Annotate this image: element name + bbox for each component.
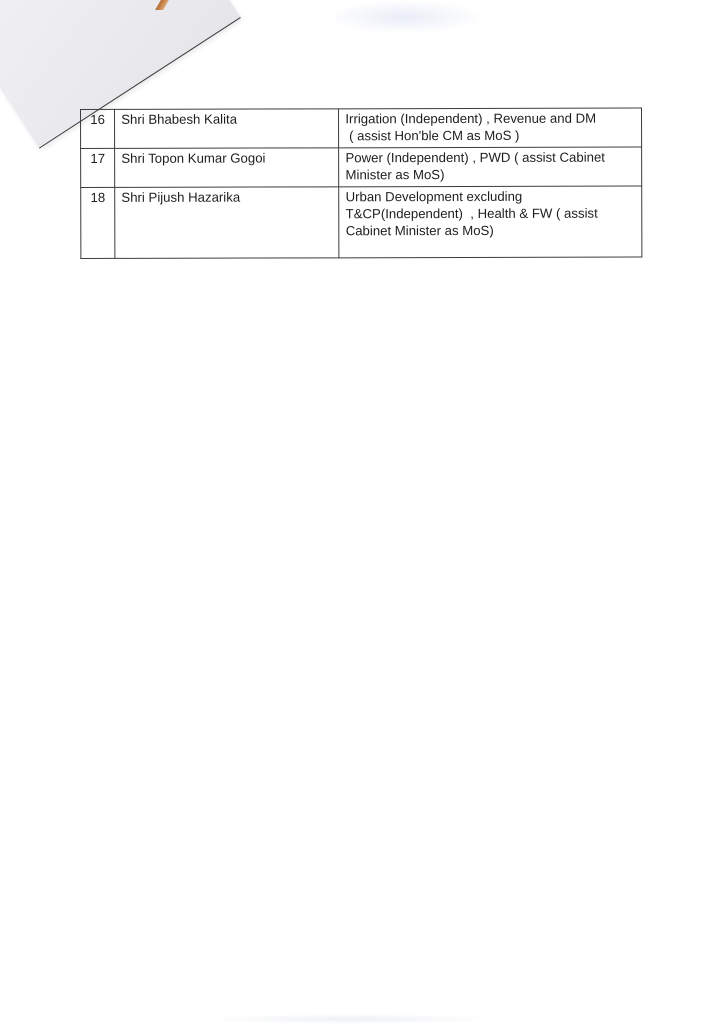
portfolio-table: 16 Shri Bhabesh Kalita Irrigation (Indep… bbox=[80, 108, 642, 259]
serial-number-cell: 18 bbox=[81, 187, 115, 258]
portfolio-cell: Power (Independent) , PWD ( assist Cabin… bbox=[339, 147, 642, 187]
minister-name-cell: Shri Bhabesh Kalita bbox=[115, 109, 339, 149]
table-row: 18 Shri Pijush Hazarika Urban Developmen… bbox=[81, 186, 642, 258]
portfolio-line: Cabinet Minister as MoS) bbox=[346, 222, 636, 240]
minister-name-cell: Shri Topon Kumar Gogoi bbox=[115, 148, 339, 188]
portfolio-line: Power (Independent) , PWD ( assist Cabin… bbox=[345, 149, 635, 167]
portfolio-line: ( assist Hon'ble CM as MoS ) bbox=[345, 127, 635, 145]
scan-smudge-top bbox=[325, 0, 485, 34]
serial-number-cell: 16 bbox=[81, 109, 115, 148]
minister-name-cell: Shri Pijush Hazarika bbox=[115, 187, 339, 259]
portfolio-line: Minister as MoS) bbox=[346, 166, 636, 184]
portfolio-line: Irrigation (Independent) , Revenue and D… bbox=[345, 110, 635, 128]
portfolio-line: T&CP(Independent) , Health & FW ( assist bbox=[346, 205, 636, 223]
table-row: 16 Shri Bhabesh Kalita Irrigation (Indep… bbox=[81, 108, 642, 148]
scan-smudge-bottom bbox=[200, 1014, 500, 1024]
portfolio-cell: Irrigation (Independent) , Revenue and D… bbox=[339, 108, 642, 148]
portfolio-line: Urban Development excluding bbox=[346, 188, 636, 206]
portfolio-cell: Urban Development excluding T&CP(Indepen… bbox=[339, 186, 642, 258]
serial-number-cell: 17 bbox=[81, 148, 115, 187]
table-row: 17 Shri Topon Kumar Gogoi Power (Indepen… bbox=[81, 147, 642, 187]
